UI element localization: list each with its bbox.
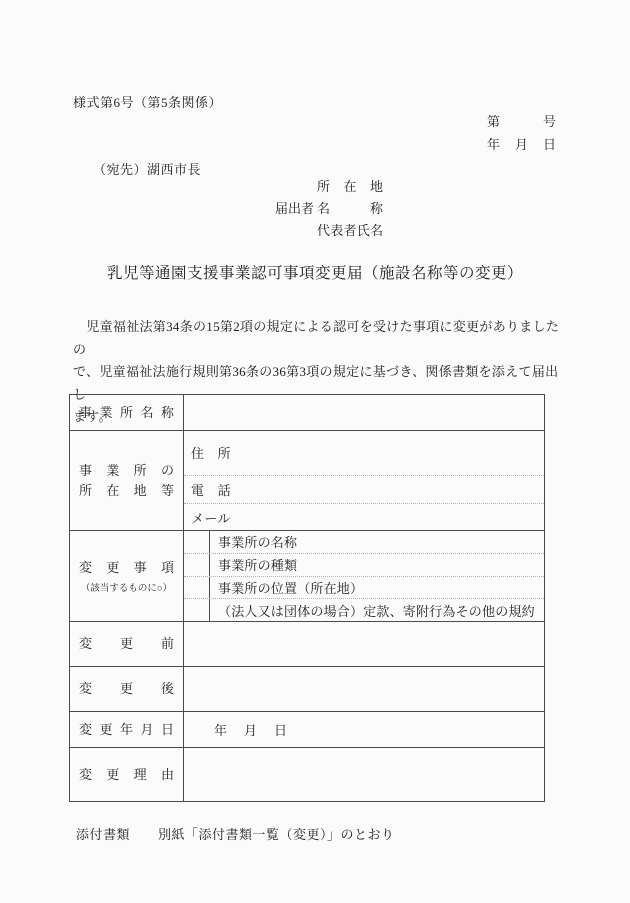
circle-mark-cell <box>184 599 210 621</box>
table-row-office-name: 事 業 所 名 称 <box>70 395 544 430</box>
attachment-value: 別紙「添付書類一覧（変更）」のとおり <box>158 824 395 843</box>
after-field <box>184 667 544 711</box>
submitter-address-label: 所 在 地 <box>317 176 383 198</box>
form-number: 様式第6号（第5条関係） <box>73 92 222 111</box>
doc-number-line: 第 号 <box>487 111 556 130</box>
change-item-row: 事業所の名称 <box>184 531 544 553</box>
change-date-label: 変 更 年 月 日 <box>79 720 174 740</box>
date-year-label: 年 <box>487 134 500 153</box>
submitter-block: 所 在 地 届出者 名 称 代表者氏名 <box>275 176 383 242</box>
addressee: （宛先）湖西市長 <box>93 159 201 178</box>
location-address-field: 住 所 <box>184 431 544 475</box>
circle-mark-cell <box>184 554 210 576</box>
submitter-label: 届出者 <box>275 198 317 220</box>
table-row-reason: 変 更 理 由 <box>70 747 544 801</box>
location-mail-field: メール <box>184 503 544 530</box>
submitter-name-label: 名 称 <box>317 198 383 220</box>
change-item-row: 事業所の種類 <box>184 553 544 576</box>
doc-number-suffix: 号 <box>543 111 556 130</box>
date-month-label: 月 <box>515 134 528 153</box>
table-row-change-items: 変 更 事 項 （該当するものに○） 事業所の名称 事業所の種類 事業所の位置（… <box>70 530 544 621</box>
location-label: 事 業 所 の <box>79 461 174 481</box>
body-line: 児童福祉法第34条の15第2項の規定による認可を受けた事項に変更がありましたの <box>73 316 563 361</box>
circle-mark-cell <box>184 577 210 599</box>
before-field <box>184 622 544 666</box>
attachment-label: 添付書類 <box>76 824 130 843</box>
change-items-label: 変 更 事 項 <box>79 558 174 578</box>
change-item-label: 事業所の位置（所在地） <box>210 578 363 597</box>
form-title: 乳児等通園支援事業認可事項変更届（施設名称等の変更） <box>0 261 630 283</box>
circle-mark-cell <box>184 531 210 553</box>
table-row-before: 変 更 前 <box>70 621 544 666</box>
attachment-note: 添付書類 別紙「添付書類一覧（変更）」のとおり <box>76 824 395 843</box>
table-row-change-date: 変 更 年 月 日 年 月 日 <box>70 711 544 747</box>
change-item-row: 事業所の位置（所在地） <box>184 576 544 599</box>
change-items-note: （該当するものに○） <box>71 580 182 594</box>
change-item-label: 事業所の種類 <box>210 555 297 574</box>
reason-label: 変 更 理 由 <box>79 765 174 785</box>
office-name-field <box>184 395 544 430</box>
submitter-representative-label: 代表者氏名 <box>317 220 383 242</box>
office-name-label: 事 業 所 名 称 <box>79 403 174 423</box>
table-row-after: 変 更 後 <box>70 666 544 711</box>
change-item-label: 事業所の名称 <box>210 532 297 551</box>
document-page: 様式第6号（第5条関係） 第 号 年 月 日 （宛先）湖西市長 所 在 地 届出… <box>0 0 630 903</box>
date-line: 年 月 日 <box>487 134 556 153</box>
location-label: 所 在 地 等 <box>79 481 174 501</box>
location-phone-field: 電 話 <box>184 475 544 504</box>
change-date-field: 年 月 日 <box>184 712 544 747</box>
date-day-label: 日 <box>543 134 556 153</box>
change-item-row: （法人又は団体の場合）定款、寄附行為その他の規約 <box>184 598 544 621</box>
before-label: 変 更 前 <box>79 634 174 654</box>
change-item-label: （法人又は団体の場合）定款、寄附行為その他の規約 <box>210 601 535 620</box>
doc-number-prefix: 第 <box>487 111 500 130</box>
table-row-location: 事 業 所 の 所 在 地 等 住 所 電 話 メール <box>70 430 544 530</box>
reason-field <box>184 748 544 801</box>
after-label: 変 更 後 <box>79 679 174 699</box>
form-table: 事 業 所 名 称 事 業 所 の 所 在 地 等 住 所 電 話 メール 変 … <box>69 394 545 802</box>
